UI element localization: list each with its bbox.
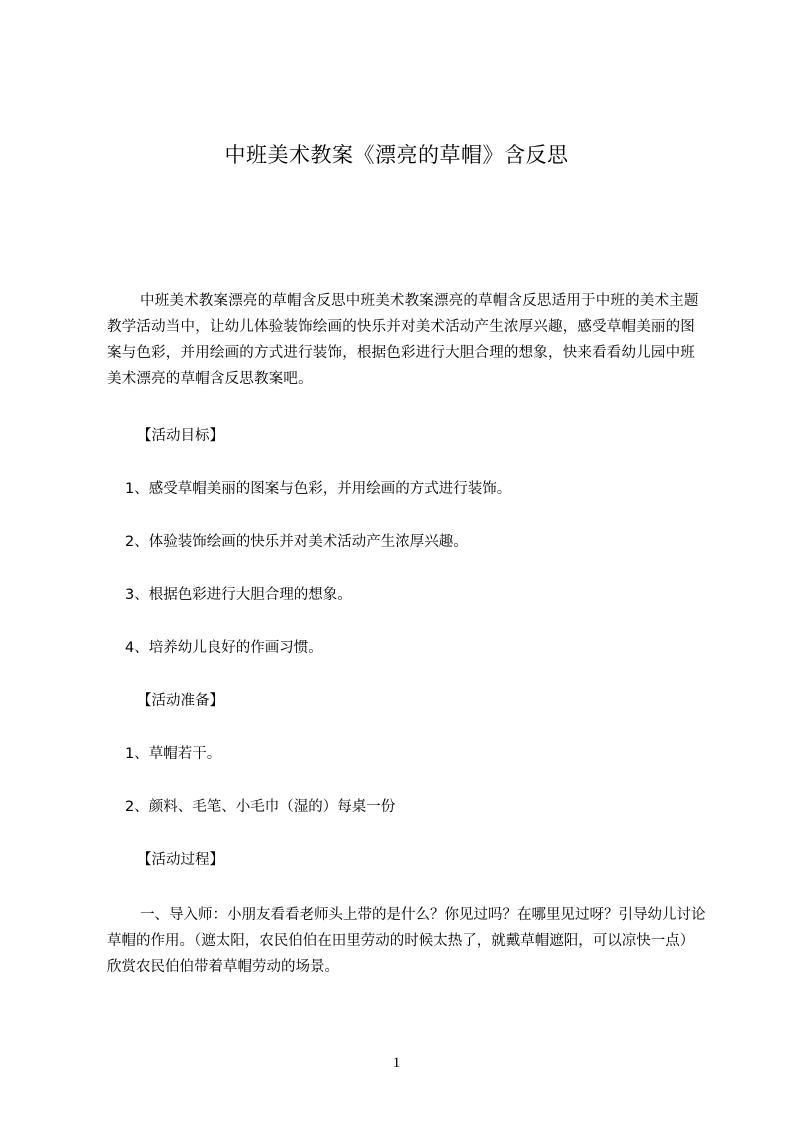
page-number: 1 [0,1055,793,1072]
section-heading-goals: 【活动目标】 [137,425,224,447]
goal-item: 1、感受草帽美丽的图案与色彩，并用绘画的方式进行装饰。 [125,478,511,500]
goal-item: 2、体验装饰绘画的快乐并对美术活动产生浓厚兴趣。 [125,531,468,553]
preparation-item: 1、草帽若干。 [125,743,221,765]
document-title: 中班美术教案《漂亮的草帽》含反思 [0,138,793,172]
process-paragraph: 一、导入师：小朋友看看老师头上带的是什么？你见过吗？在哪里见过呀？引导幼儿讨论草… [107,902,707,980]
goal-item: 3、根据色彩进行大胆合理的想象。 [125,584,352,606]
preparation-item: 2、颜料、毛笔、小毛巾（湿的）每桌一份 [125,796,395,818]
document-page: 中班美术教案《漂亮的草帽》含反思 中班美术教案漂亮的草帽含反思中班美术教案漂亮的… [0,0,793,1122]
intro-paragraph: 中班美术教案漂亮的草帽含反思中班美术教案漂亮的草帽含反思适用于中班的美术主题教学… [107,288,707,392]
goal-item: 4、培养幼儿良好的作画习惯。 [125,637,323,659]
section-heading-process: 【活动过程】 [137,849,224,871]
section-heading-preparation: 【活动准备】 [137,690,224,712]
